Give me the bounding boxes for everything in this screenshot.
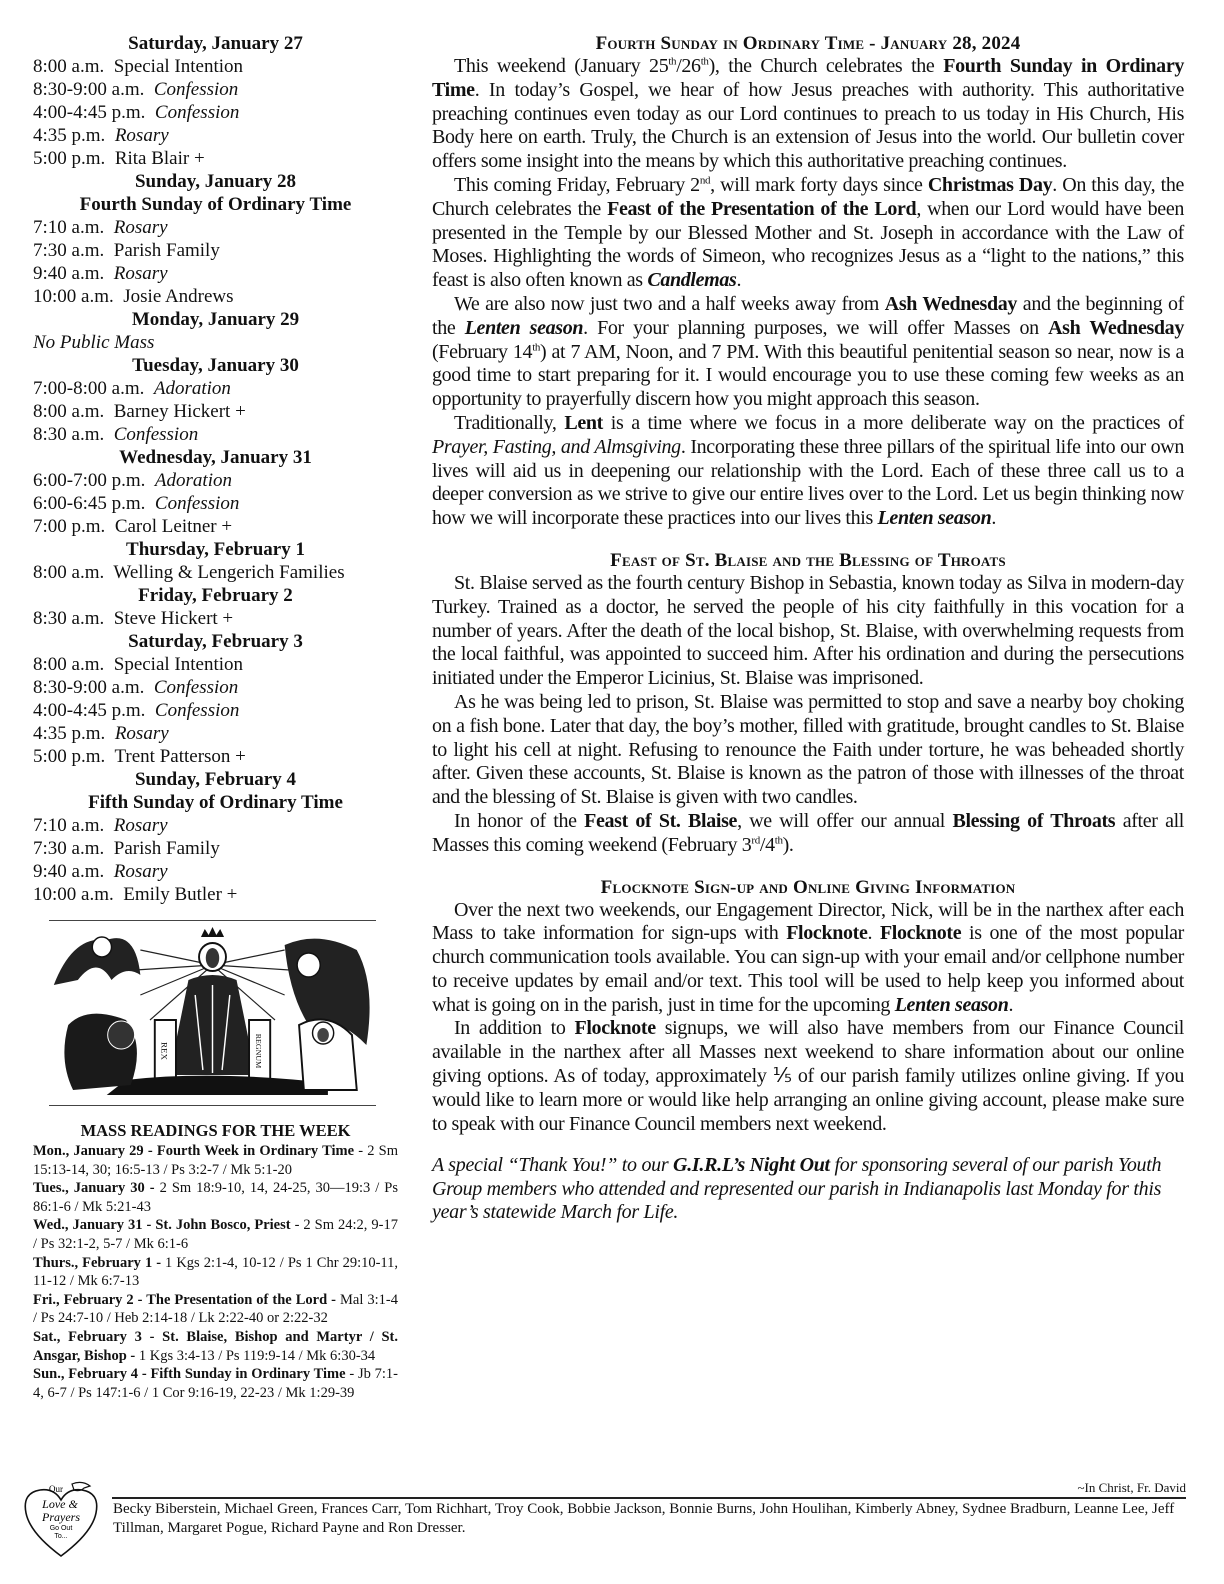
schedule-entry: 5:00 p.m. Trent Patterson +: [33, 745, 398, 768]
svg-text:REX: REX: [160, 1042, 170, 1061]
entry-intention: No Public Mass: [33, 332, 154, 353]
schedule-entry: 9:40 a.m. Rosary: [33, 262, 398, 285]
entry-intention: Barney Hickert +: [114, 401, 246, 422]
schedule-day-heading: Wednesday, January 31: [33, 446, 398, 469]
entry-time: 6:00-7:00 p.m.: [33, 470, 145, 491]
reading-item: Wed., January 31 - St. John Bosco, Pries…: [33, 1216, 398, 1253]
entry-intention: Confession: [114, 424, 198, 445]
article-paragraph-3: We are also now just two and a half week…: [432, 293, 1184, 412]
entry-time: 8:00 a.m.: [33, 401, 104, 422]
entry-intention: Welling & Lengerich Families: [113, 562, 344, 583]
mass-schedule-column: Saturday, January 278:00 a.m. Special In…: [33, 32, 398, 1402]
entry-intention: Confession: [155, 102, 239, 123]
schedule-day-heading: Saturday, January 27: [33, 32, 398, 55]
schedule-entry: 7:10 a.m. Rosary: [33, 814, 398, 837]
schedule-entry: 7:30 a.m. Parish Family: [33, 239, 398, 262]
schedule-day-heading: Tuesday, January 30: [33, 354, 398, 377]
schedule-entry: 10:00 a.m. Josie Andrews: [33, 285, 398, 308]
blaise-paragraph-2: As he was being led to prison, St. Blais…: [432, 691, 1184, 810]
schedule-entry: 4:00-4:45 p.m. Confession: [33, 699, 398, 722]
entry-time: 8:00 a.m.: [33, 562, 104, 583]
entry-intention: Rosary: [115, 125, 169, 146]
heart-icon: Our Love & Prayers Go Out To...: [20, 1478, 102, 1558]
entry-intention: Emily Butler +: [123, 884, 237, 905]
schedule-entry: 8:30-9:00 a.m. Confession: [33, 676, 398, 699]
prayer-list-names: Becky Biberstein, Michael Green, Frances…: [113, 1500, 1188, 1537]
article-paragraph-1: This weekend (January 25th/26th), the Ch…: [432, 55, 1184, 174]
entry-time: 4:00-4:45 p.m.: [33, 700, 145, 721]
entry-intention: Rosary: [114, 815, 168, 836]
schedule-entry: 7:30 a.m. Parish Family: [33, 837, 398, 860]
reading-day: Fri., February 2 - The Presentation of t…: [33, 1292, 336, 1308]
blaise-paragraph-1: St. Blaise served as the fourth century …: [432, 572, 1184, 691]
entry-intention: Rosary: [114, 861, 168, 882]
schedule-entry: 8:30-9:00 a.m. Confession: [33, 78, 398, 101]
schedule-day-heading: Sunday, January 28: [33, 170, 398, 193]
article-paragraph-4: Traditionally, Lent is a time where we f…: [432, 412, 1184, 531]
svg-text:Love &: Love &: [41, 1497, 78, 1511]
entry-time: 8:30-9:00 a.m.: [33, 677, 144, 698]
entry-time: 8:00 a.m.: [33, 56, 104, 77]
article-title: Fourth Sunday in Ordinary Time - January…: [432, 32, 1184, 55]
entry-time: 5:00 p.m.: [33, 746, 105, 767]
entry-intention: Confession: [155, 700, 239, 721]
reading-item: Sun., February 4 - Fifth Sunday in Ordin…: [33, 1365, 398, 1402]
schedule-entry: 6:00-7:00 p.m. Adoration: [33, 469, 398, 492]
schedule-entry: 8:30 a.m. Confession: [33, 423, 398, 446]
entry-time: 5:00 p.m.: [33, 148, 105, 169]
reading-item: Thurs., February 1 - 1 Kgs 2:1-4, 10-12 …: [33, 1254, 398, 1291]
entry-intention: Rosary: [115, 723, 169, 744]
schedule-entry: 9:40 a.m. Rosary: [33, 860, 398, 883]
reading-item: Mon., January 29 - Fourth Week in Ordina…: [33, 1142, 398, 1179]
blaise-title: Feast of St. Blaise and the Blessing of …: [432, 549, 1184, 572]
reading-day: Tues., January 30 -: [33, 1180, 155, 1196]
entry-intention: Carol Leitner +: [115, 516, 232, 537]
entry-intention: Steve Hickert +: [114, 608, 233, 629]
entry-time: 8:00 a.m.: [33, 654, 104, 675]
schedule-entry: 4:00-4:45 p.m. Confession: [33, 101, 398, 124]
schedule-entry: 8:00 a.m. Welling & Lengerich Families: [33, 561, 398, 584]
schedule-day-heading: Monday, January 29: [33, 308, 398, 331]
entry-intention: Josie Andrews: [123, 286, 233, 307]
schedule-entry: 7:00-8:00 a.m. Adoration: [33, 377, 398, 400]
entry-time: 4:00-4:45 p.m.: [33, 102, 145, 123]
readings-title: MASS READINGS FOR THE WEEK: [33, 1120, 398, 1142]
schedule-entry: 5:00 p.m. Rita Blair +: [33, 147, 398, 170]
entry-time: 10:00 a.m.: [33, 286, 114, 307]
entry-intention: Trent Patterson +: [114, 746, 245, 767]
schedule-entry: 8:30 a.m. Steve Hickert +: [33, 607, 398, 630]
entry-time: 10:00 a.m.: [33, 884, 114, 905]
entry-intention: Rita Blair +: [115, 148, 205, 169]
entry-time: 9:40 a.m.: [33, 861, 104, 882]
christ-enthroned-illustration: REX REGNUM: [49, 925, 376, 1101]
entry-time: 9:40 a.m.: [33, 263, 104, 284]
svg-text:Prayers: Prayers: [41, 1510, 80, 1524]
entry-time: 7:10 a.m.: [33, 217, 104, 238]
footer-rule: [112, 1497, 1186, 1499]
entry-intention: Confession: [155, 493, 239, 514]
artwork-top-rule: [49, 920, 376, 921]
reading-day: Wed., January 31 - St. John Bosco, Pries…: [33, 1217, 291, 1233]
entry-intention: Confession: [154, 79, 238, 100]
schedule-entry: 7:10 a.m. Rosary: [33, 216, 398, 239]
schedule-entry: 8:00 a.m. Special Intention: [33, 653, 398, 676]
reading-day: Thurs., February 1 -: [33, 1255, 161, 1271]
reading-refs: 1 Kgs 3:4-13 / Ps 119:9-14 / Mk 6:30-34: [135, 1348, 375, 1364]
schedule-day-subtitle: Fifth Sunday of Ordinary Time: [33, 791, 398, 814]
entry-intention: Special Intention: [114, 56, 243, 77]
schedule-day-heading: Sunday, February 4: [33, 768, 398, 791]
entry-intention: Parish Family: [114, 240, 220, 261]
svg-text:Our: Our: [49, 1484, 63, 1494]
entry-intention: Adoration: [154, 378, 231, 399]
flocknote-paragraph-1: Over the next two weekends, our Engageme…: [432, 899, 1184, 1018]
entry-intention: Adoration: [155, 470, 232, 491]
entry-time: 4:35 p.m.: [33, 125, 105, 146]
reading-day: Sun., February 4 - Fifth Sunday in Ordin…: [33, 1366, 346, 1382]
schedule-entry: 4:35 p.m. Rosary: [33, 124, 398, 147]
entry-intention: Rosary: [114, 263, 168, 284]
love-and-prayers-heart-logo: Our Love & Prayers Go Out To...: [20, 1478, 102, 1558]
reading-item: Tues., January 30 - 2 Sm 18:9-10, 14, 24…: [33, 1179, 398, 1216]
entry-time: 8:30-9:00 a.m.: [33, 79, 144, 100]
entry-time: 7:00-8:00 a.m.: [33, 378, 144, 399]
entry-intention: Parish Family: [114, 838, 220, 859]
flocknote-title: Flocknote Sign-up and Online Giving Info…: [432, 876, 1184, 899]
svg-text:Go Out: Go Out: [50, 1525, 73, 1532]
schedule-entry: No Public Mass: [33, 331, 398, 354]
schedule-entry: 10:00 a.m. Emily Butler +: [33, 883, 398, 906]
signature: ~In Christ, Fr. David: [1077, 1480, 1186, 1496]
christ-the-king-artwork: REX REGNUM: [49, 925, 376, 1101]
svg-text:REGNUM: REGNUM: [254, 1034, 263, 1069]
entry-time: 7:10 a.m.: [33, 815, 104, 836]
entry-time: 6:00-6:45 p.m.: [33, 493, 145, 514]
schedule-entry: 8:00 a.m. Special Intention: [33, 55, 398, 78]
entry-intention: Rosary: [114, 217, 168, 238]
article-paragraph-2: This coming Friday, February 2nd, will m…: [432, 174, 1184, 293]
schedule-day-heading: Thursday, February 1: [33, 538, 398, 561]
entry-intention: Special Intention: [114, 654, 243, 675]
reading-day: Mon., January 29 - Fourth Week in Ordina…: [33, 1143, 354, 1159]
schedule-entry: 7:00 p.m. Carol Leitner +: [33, 515, 398, 538]
entry-time: 8:30 a.m.: [33, 424, 104, 445]
schedule-entry: 8:00 a.m. Barney Hickert +: [33, 400, 398, 423]
schedule-day-subtitle: Fourth Sunday of Ordinary Time: [33, 193, 398, 216]
artwork-bottom-rule: [49, 1105, 376, 1106]
svg-text:To...: To...: [54, 1533, 67, 1540]
entry-time: 7:30 a.m.: [33, 838, 104, 859]
entry-time: 8:30 a.m.: [33, 608, 104, 629]
schedule-day-heading: Saturday, February 3: [33, 630, 398, 653]
thank-you-note: A special “Thank You!” to our G.I.R.L’s …: [432, 1154, 1184, 1225]
schedule-entry: 6:00-6:45 p.m. Confession: [33, 492, 398, 515]
reading-item: Fri., February 2 - The Presentation of t…: [33, 1291, 398, 1328]
flocknote-paragraph-2: In addition to Flocknote signups, we wil…: [432, 1017, 1184, 1136]
reading-item: Sat., February 3 - St. Blaise, Bishop an…: [33, 1328, 398, 1365]
schedule-day-heading: Friday, February 2: [33, 584, 398, 607]
entry-time: 4:35 p.m.: [33, 723, 105, 744]
mass-readings-list: Mon., January 29 - Fourth Week in Ordina…: [33, 1142, 398, 1402]
blaise-paragraph-3: In honor of the Feast of St. Blaise, we …: [432, 810, 1184, 858]
schedule-entry: 4:35 p.m. Rosary: [33, 722, 398, 745]
entry-intention: Confession: [154, 677, 238, 698]
entry-time: 7:00 p.m.: [33, 516, 105, 537]
mass-schedule: Saturday, January 278:00 a.m. Special In…: [33, 32, 398, 906]
entry-time: 7:30 a.m.: [33, 240, 104, 261]
pastor-column: Fourth Sunday in Ordinary Time - January…: [432, 32, 1184, 1225]
